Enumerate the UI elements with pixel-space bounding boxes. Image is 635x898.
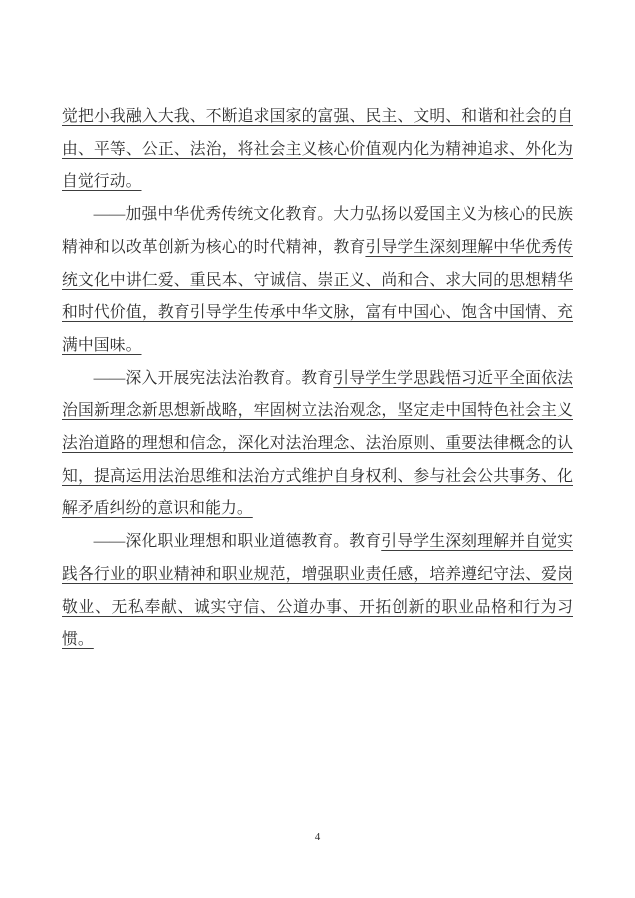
underlined-text-segment: 引导学生学思践悟习近平全面依法治国新理念新思想新战略，牢固树立法治观念，坚定走中…	[62, 370, 573, 518]
underlined-text-segment: 觉把小我融入大我、不断追求国家的富强、民主、文明、和谐和社会的自由、平等、公正、…	[62, 108, 573, 190]
underlined-text-segment: 引导学生深刻理解中华优秀传统文化中讲仁爱、重民本、守诚信、崇正义、尚和合、求大同…	[62, 239, 573, 354]
text-segment: ——深化职业理想和职业道德教育。教育	[94, 533, 382, 550]
document-body: 觉把小我融入大我、不断追求国家的富强、民主、文明、和谐和社会的自由、平等、公正、…	[62, 101, 573, 657]
underlined-text-segment: 引导学生深刻理解并自觉实践各行业的职业精神和职业规范，增强职业责任感，培养遵纪守…	[62, 533, 573, 648]
paragraph: ——深入开展宪法法治教育。教育引导学生学思践悟习近平全面依法治国新理念新思想新战…	[62, 363, 573, 527]
text-segment: ——深入开展宪法法治教育。教育	[94, 370, 334, 387]
paragraph: 觉把小我融入大我、不断追求国家的富强、民主、文明、和谐和社会的自由、平等、公正、…	[62, 101, 573, 199]
document-page: 觉把小我融入大我、不断追求国家的富强、民主、文明、和谐和社会的自由、平等、公正、…	[0, 0, 635, 898]
page-number: 4	[0, 831, 635, 843]
paragraph: ——深化职业理想和职业道德教育。教育引导学生深刻理解并自觉实践各行业的职业精神和…	[62, 526, 573, 657]
paragraph: ——加强中华优秀传统文化教育。大力弘扬以爱国主义为核心的民族精神和以改革创新为核…	[62, 199, 573, 363]
